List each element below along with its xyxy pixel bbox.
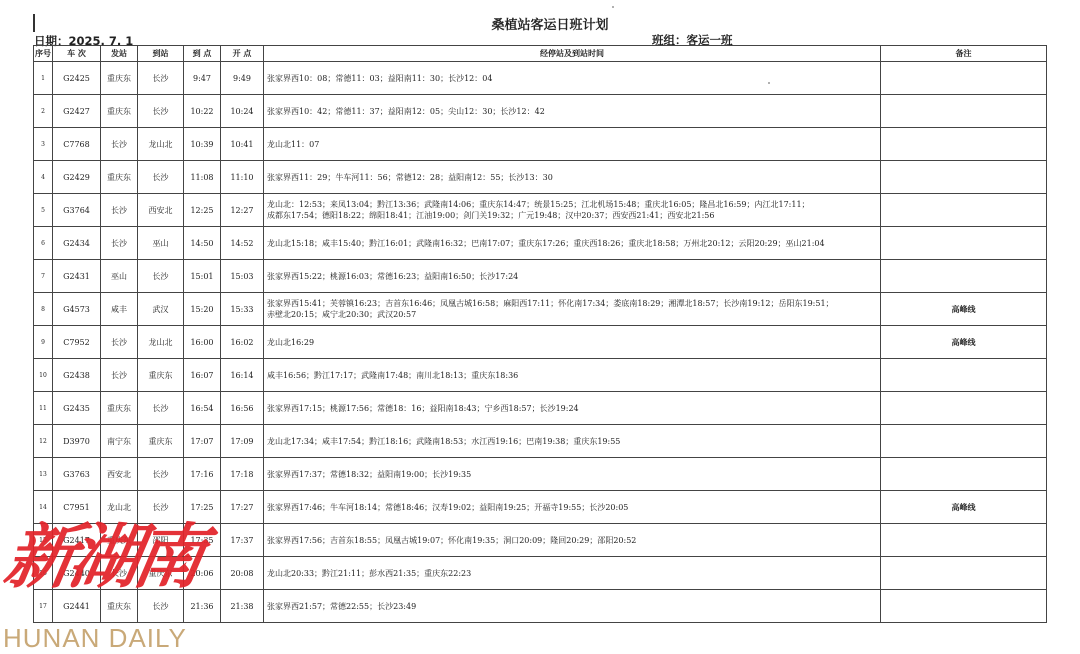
- scan-speck: [612, 6, 614, 8]
- row-notes: [881, 590, 1047, 623]
- row-train-number: G3764: [53, 194, 101, 227]
- row-origin: 巫山: [101, 260, 138, 293]
- table-row: 5G3764长沙西安北12:2512:27龙山北：12:53；来凤13:04；黔…: [34, 194, 1047, 227]
- row-arrival-time: 11:08: [184, 161, 221, 194]
- row-destination: 武汉: [138, 293, 184, 326]
- row-origin: 重庆东: [101, 95, 138, 128]
- row-seq: 7: [34, 260, 53, 293]
- row-origin: 长沙: [101, 128, 138, 161]
- row-destination: 长沙: [138, 62, 184, 95]
- table-row: 13G3763西安北长沙17:1617:18张家界西17:37；常德18:32；…: [34, 458, 1047, 491]
- row-stops: 龙山北16:29: [264, 326, 881, 359]
- row-seq: 10: [34, 359, 53, 392]
- table-row: 6G2434长沙巫山14:5014:52龙山北15:18；咸丰15:40；黔江1…: [34, 227, 1047, 260]
- table-row: 12D3970南宁东重庆东17:0717:09龙山北17:34；咸丰17:54；…: [34, 425, 1047, 458]
- row-destination: 巫山: [138, 227, 184, 260]
- row-origin: 长沙: [101, 326, 138, 359]
- row-stops: 张家界西11：29；牛车河11：56；常德12：28；益阳南12：55；长沙13…: [264, 161, 881, 194]
- row-stops: 张家界西21:57；常德22:55；长沙23:49: [264, 590, 881, 623]
- row-stops: 龙山北15:18；咸丰15:40；黔江16:01；武隆南16:32；巴南17:0…: [264, 227, 881, 260]
- header-notes: 备注: [881, 46, 1047, 62]
- row-train-number: G2425: [53, 62, 101, 95]
- row-destination: 重庆东: [138, 359, 184, 392]
- row-train-number: G2431: [53, 260, 101, 293]
- row-notes: 高峰线: [881, 293, 1047, 326]
- row-notes: [881, 194, 1047, 227]
- row-departure-time: 16:56: [221, 392, 264, 425]
- row-departure-time: 10:24: [221, 95, 264, 128]
- row-train-number: G4573: [53, 293, 101, 326]
- row-stops: 张家界西10：08；常德11：03；益阳南11：30；长沙12：04: [264, 62, 881, 95]
- row-destination: 长沙: [138, 260, 184, 293]
- table-row: 9C7952长沙龙山北16:0016:02龙山北16:29高峰线: [34, 326, 1047, 359]
- row-departure-time: 17:09: [221, 425, 264, 458]
- table-row: 3C7768长沙龙山北10:3910:41龙山北11：07: [34, 128, 1047, 161]
- row-stops: 张家界西17:56；吉首东18:55；凤凰古城19:07；怀化南19:35；洞口…: [264, 524, 881, 557]
- row-stops: 张家界西17:37；常德18:32；益阳南19:00；长沙19:35: [264, 458, 881, 491]
- row-origin: 长沙: [101, 194, 138, 227]
- row-stops: 龙山北17:34；咸丰17:54；黔江18:16；武隆南18:53；水江西19:…: [264, 425, 881, 458]
- row-notes: [881, 425, 1047, 458]
- table-row: 8G4573咸丰武汉15:2015:33张家界西15:41；芙蓉镇16:23；吉…: [34, 293, 1047, 326]
- row-arrival-time: 15:01: [184, 260, 221, 293]
- row-notes: [881, 359, 1047, 392]
- row-stops: 张家界西17:15；桃源17:56；常德18：16；益阳南18:43；宁乡西18…: [264, 392, 881, 425]
- row-notes: 高峰线: [881, 491, 1047, 524]
- row-origin: 南宁东: [101, 425, 138, 458]
- row-seq: 9: [34, 326, 53, 359]
- row-seq: 4: [34, 161, 53, 194]
- row-notes: [881, 227, 1047, 260]
- row-destination: 龙山北: [138, 326, 184, 359]
- row-seq: 1: [34, 62, 53, 95]
- row-notes: [881, 392, 1047, 425]
- row-train-number: G2438: [53, 359, 101, 392]
- header-arrive: 到 点: [184, 46, 221, 62]
- row-origin: 长沙: [101, 359, 138, 392]
- row-arrival-time: 17:07: [184, 425, 221, 458]
- row-notes: [881, 161, 1047, 194]
- row-arrival-time: 10:39: [184, 128, 221, 161]
- row-origin: 重庆东: [101, 161, 138, 194]
- row-departure-time: 20:08: [221, 557, 264, 590]
- row-arrival-time: 15:20: [184, 293, 221, 326]
- row-departure-time: 16:14: [221, 359, 264, 392]
- row-notes: [881, 95, 1047, 128]
- header-train: 车 次: [53, 46, 101, 62]
- row-train-number: G2435: [53, 392, 101, 425]
- row-departure-time: 14:52: [221, 227, 264, 260]
- header-depart: 开 点: [221, 46, 264, 62]
- table-row: 4G2429重庆东长沙11:0811:10张家界西11：29；牛车河11：56；…: [34, 161, 1047, 194]
- header-to: 到站: [138, 46, 184, 62]
- row-seq: 5: [34, 194, 53, 227]
- row-notes: [881, 557, 1047, 590]
- row-origin: 重庆东: [101, 392, 138, 425]
- row-notes: [881, 128, 1047, 161]
- table-row: 10G2438长沙重庆东16:0716:14咸丰16:56；黔江17:17；武隆…: [34, 359, 1047, 392]
- row-origin: 西安北: [101, 458, 138, 491]
- row-seq: 11: [34, 392, 53, 425]
- table-row: 2G2427重庆东长沙10:2210:24张家界西10：42；常德11：37；益…: [34, 95, 1047, 128]
- header-seq: 序号: [34, 46, 53, 62]
- row-arrival-time: 9:47: [184, 62, 221, 95]
- row-destination: 长沙: [138, 161, 184, 194]
- row-origin: 长沙: [101, 227, 138, 260]
- row-departure-time: 11:10: [221, 161, 264, 194]
- watermark-english: HUNAN DAILY: [3, 625, 187, 651]
- row-arrival-time: 16:07: [184, 359, 221, 392]
- row-origin: 重庆东: [101, 62, 138, 95]
- row-departure-time: 15:33: [221, 293, 264, 326]
- row-stops: 张家界西10：42；常德11：37；益阳南12：05；尖山12：30；长沙12：…: [264, 95, 881, 128]
- row-departure-time: 17:37: [221, 524, 264, 557]
- row-seq: 3: [34, 128, 53, 161]
- row-departure-time: 12:27: [221, 194, 264, 227]
- row-arrival-time: 10:22: [184, 95, 221, 128]
- row-arrival-time: 14:50: [184, 227, 221, 260]
- row-stops: 张家界西15:22；桃源16:03；常德16:23；益阳南16:50；长沙17:…: [264, 260, 881, 293]
- table-row: 7G2431巫山长沙15:0115:03张家界西15:22；桃源16:03；常德…: [34, 260, 1047, 293]
- row-arrival-time: 12:25: [184, 194, 221, 227]
- row-train-number: G2427: [53, 95, 101, 128]
- row-arrival-time: 16:54: [184, 392, 221, 425]
- row-departure-time: 10:41: [221, 128, 264, 161]
- row-departure-time: 16:02: [221, 326, 264, 359]
- row-origin: 咸丰: [101, 293, 138, 326]
- row-seq: 6: [34, 227, 53, 260]
- row-arrival-time: 16:00: [184, 326, 221, 359]
- row-departure-time: 21:38: [221, 590, 264, 623]
- row-destination: 长沙: [138, 392, 184, 425]
- document-title: 桑植站客运日班计划: [0, 14, 1080, 33]
- table-header-row: 序号 车 次 发站 到站 到 点 开 点 经停站及到站时间 备注: [34, 46, 1047, 62]
- row-notes: [881, 260, 1047, 293]
- row-stops: 龙山北20:33；黔江21:11；彭水西21:35；重庆东22:23: [264, 557, 881, 590]
- row-destination: 西安北: [138, 194, 184, 227]
- row-seq: 8: [34, 293, 53, 326]
- row-stops: 龙山北11：07: [264, 128, 881, 161]
- row-arrival-time: 17:16: [184, 458, 221, 491]
- row-notes: 高峰线: [881, 326, 1047, 359]
- row-train-number: C7952: [53, 326, 101, 359]
- row-notes: [881, 524, 1047, 557]
- row-stops: 张家界西17:46；牛车河18:14；常德18:46；汉寿19:02；益阳南19…: [264, 491, 881, 524]
- row-train-number: D3970: [53, 425, 101, 458]
- row-destination: 龙山北: [138, 128, 184, 161]
- row-stops: 张家界西15:41；芙蓉镇16:23；吉首东16:46；凤凰古城16:58；麻阳…: [264, 293, 881, 326]
- row-stops: 龙山北：12:53；来凤13:04；黔江13:36；武隆南14:06；重庆东14…: [264, 194, 881, 227]
- row-train-number: G3763: [53, 458, 101, 491]
- row-seq: 12: [34, 425, 53, 458]
- row-destination: 长沙: [138, 95, 184, 128]
- header-stops: 经停站及到站时间: [264, 46, 881, 62]
- row-destination: 长沙: [138, 458, 184, 491]
- table-row: 1G2425重庆东长沙9:479:49张家界西10：08；常德11：03；益阳南…: [34, 62, 1047, 95]
- row-seq: 13: [34, 458, 53, 491]
- row-seq: 2: [34, 95, 53, 128]
- row-train-number: G2434: [53, 227, 101, 260]
- table-row: 11G2435重庆东长沙16:5416:56张家界西17:15；桃源17:56；…: [34, 392, 1047, 425]
- header-from: 发站: [101, 46, 138, 62]
- row-departure-time: 17:18: [221, 458, 264, 491]
- row-notes: [881, 62, 1047, 95]
- row-departure-time: 15:03: [221, 260, 264, 293]
- row-train-number: G2429: [53, 161, 101, 194]
- row-destination: 重庆东: [138, 425, 184, 458]
- row-departure-time: 9:49: [221, 62, 264, 95]
- row-stops: 咸丰16:56；黔江17:17；武隆南17:48；南川北18:13；重庆东18:…: [264, 359, 881, 392]
- watermark-logo: 新湖南: [0, 522, 204, 592]
- row-notes: [881, 458, 1047, 491]
- row-train-number: C7768: [53, 128, 101, 161]
- row-departure-time: 17:27: [221, 491, 264, 524]
